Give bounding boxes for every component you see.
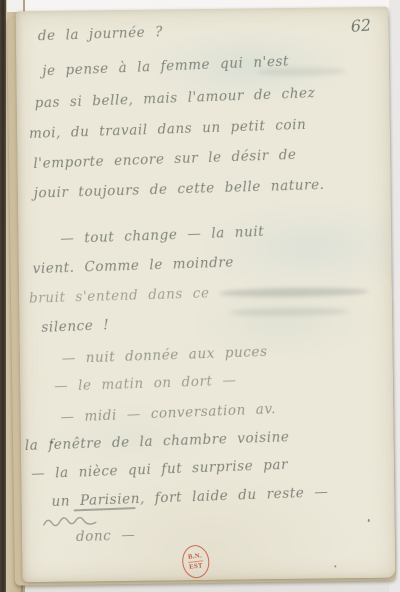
manuscript-page: 62 de la journée ? je pense à la femme q…: [16, 7, 396, 583]
ink-showthrough: [256, 67, 346, 76]
handwritten-line: l'emporte encore sur le désir de: [33, 147, 297, 172]
handwritten-line: moi, du travail dans un petit coin: [29, 117, 307, 142]
paper-speck: [51, 441, 53, 444]
paper-speck: [368, 519, 370, 522]
handwritten-line: — le matin on dort —: [54, 373, 237, 395]
handwritten-line: — la nièce qui fut surprise par: [31, 457, 289, 482]
handwritten-line: vient. Comme le moindre: [32, 255, 234, 278]
handwritten-line: pas si belle, mais l'amour de chez: [34, 85, 315, 111]
handwritten-line: silence !: [41, 317, 109, 336]
handwritten-line: bruit s'entend dans ce: [29, 285, 210, 306]
handwritten-line: — tout change — la nuit: [60, 224, 265, 247]
handwritten-line: je pense à la femme qui n'est: [42, 54, 289, 80]
handwritten-line: — nuit donnée aux puces: [62, 344, 268, 367]
ink-showthrough: [219, 287, 369, 298]
handwritten-line: la fenêtre de la chambre voisine: [25, 429, 290, 454]
handwritten-line: jouir toujours de cette belle nature.: [34, 177, 325, 202]
paper-speck: [334, 565, 336, 567]
library-stamp-text-bottom: EST: [189, 563, 203, 571]
squiggle-mark: [42, 514, 98, 531]
handwritten-line: — midi — conversation av.: [60, 401, 276, 426]
scanned-manuscript: 62 de la journée ? je pense à la femme q…: [0, 0, 400, 592]
scan-background-notch: [7, 0, 23, 12]
handwritten-line: de la journée ?: [38, 24, 164, 44]
ink-showthrough: [229, 307, 349, 316]
library-stamp: B.N. EST: [180, 544, 211, 580]
handwritten-line: un Parisien, fort laide du reste —: [51, 484, 328, 510]
page-number: 62: [350, 15, 372, 36]
